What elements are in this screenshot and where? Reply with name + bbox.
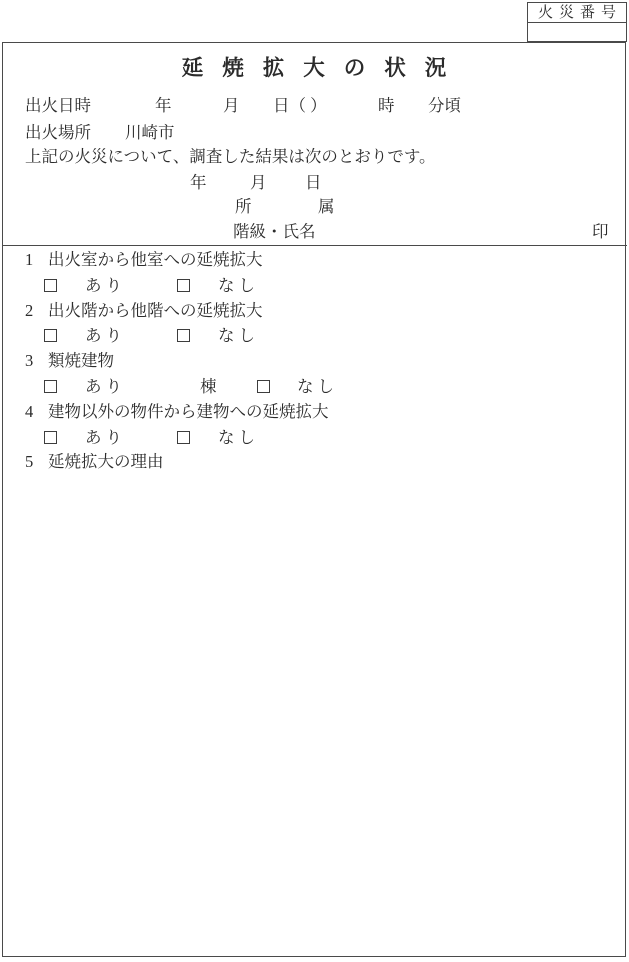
- statement-row: 上記の火災について、調査した結果は次のとおりです。: [0, 147, 629, 167]
- month-label: 月: [223, 96, 240, 115]
- item-label: 建物以外の物件から建物への延焼拡大: [48, 402, 329, 421]
- ignition-datetime-label: 出火日時: [25, 96, 91, 115]
- section-divider: [2, 245, 627, 246]
- item-row-4: 4 建物以外の物件から建物への延焼拡大: [0, 402, 629, 422]
- item-row-1: 1 出火室から他室への延焼拡大: [0, 250, 629, 270]
- ignition-datetime-row: 出火日時 年 月 日（ ） 時 分頃: [0, 96, 629, 116]
- item-row-3: 3 類焼建物: [0, 351, 629, 371]
- item-number: 2: [25, 301, 33, 320]
- item3-checkbox-no[interactable]: [257, 380, 270, 393]
- building-count-unit-label: 棟: [200, 377, 217, 396]
- item1-checkbox-no[interactable]: [177, 279, 190, 292]
- item-label: 延焼拡大の理由: [48, 452, 164, 471]
- affiliation-label-left: 所: [235, 197, 252, 216]
- option-yes-label: あり: [85, 377, 126, 396]
- rank-name-label: 階級・氏名: [233, 222, 316, 241]
- seal-label: 印: [592, 222, 609, 241]
- item-number: 4: [25, 402, 33, 421]
- hour-label: 時: [378, 96, 395, 115]
- day-weekday-label: 日（ ）: [273, 96, 327, 115]
- option-no-label: なし: [297, 377, 338, 396]
- fire-number-label: 火災番号: [528, 3, 626, 23]
- ignition-location-row: 出火場所 川崎市: [0, 123, 629, 143]
- affiliation-row: 所 属: [0, 197, 629, 217]
- fire-number-value[interactable]: [528, 23, 626, 41]
- item-row-2: 2 出火階から他階への延焼拡大: [0, 301, 629, 321]
- item3-options-row: あり 棟 なし: [0, 377, 629, 397]
- item-label: 出火室から他室への延焼拡大: [48, 250, 263, 269]
- item2-checkbox-no[interactable]: [177, 329, 190, 342]
- item-row-5: 5 延焼拡大の理由: [0, 452, 629, 472]
- form-title: 延焼拡大の状況: [2, 55, 626, 81]
- report-date-row: 年 月 日: [0, 173, 629, 193]
- option-yes-label: あり: [85, 428, 126, 447]
- option-no-label: なし: [218, 276, 259, 295]
- minute-label: 分頃: [428, 96, 461, 115]
- report-year-label: 年: [190, 173, 207, 192]
- item2-checkbox-yes[interactable]: [44, 329, 57, 342]
- item4-checkbox-yes[interactable]: [44, 431, 57, 444]
- fire-number-box: 火災番号: [527, 2, 627, 42]
- item2-options-row: あり なし: [0, 326, 629, 346]
- item-number: 3: [25, 351, 33, 370]
- option-yes-label: あり: [85, 326, 126, 345]
- item4-options-row: あり なし: [0, 428, 629, 448]
- ignition-location-label: 出火場所: [25, 123, 91, 142]
- option-no-label: なし: [218, 428, 259, 447]
- item-label: 類焼建物: [48, 351, 114, 370]
- option-no-label: なし: [218, 326, 259, 345]
- document-page: 火災番号 延焼拡大の状況 出火日時 年 月 日（ ） 時 分頃 出火場所 川崎市…: [0, 0, 629, 962]
- statement-text: 上記の火災について、調査した結果は次のとおりです。: [25, 147, 436, 166]
- report-day-label: 日: [305, 173, 322, 192]
- rank-name-row: 階級・氏名 印: [0, 222, 629, 242]
- item-number: 5: [25, 452, 33, 471]
- item4-checkbox-no[interactable]: [177, 431, 190, 444]
- item1-options-row: あり なし: [0, 276, 629, 296]
- option-yes-label: あり: [85, 276, 126, 295]
- year-label: 年: [155, 96, 172, 115]
- item3-checkbox-yes[interactable]: [44, 380, 57, 393]
- item1-checkbox-yes[interactable]: [44, 279, 57, 292]
- affiliation-label-right: 属: [318, 197, 335, 216]
- item-label: 出火階から他階への延焼拡大: [48, 301, 263, 320]
- ignition-location-value: 川崎市: [125, 123, 175, 142]
- report-month-label: 月: [250, 173, 267, 192]
- item-number: 1: [25, 250, 33, 269]
